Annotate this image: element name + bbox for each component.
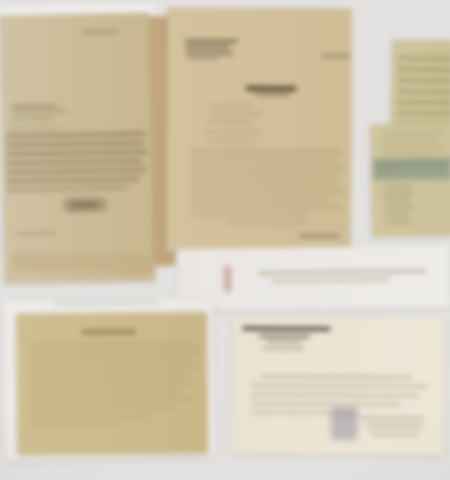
body-text-line bbox=[7, 186, 127, 191]
body-text-line bbox=[6, 159, 142, 165]
document-letter-top-middle bbox=[166, 8, 351, 254]
document-card-bottom-left bbox=[16, 312, 207, 455]
address-line bbox=[11, 117, 53, 120]
photo-scene bbox=[0, 0, 450, 480]
list-line bbox=[385, 186, 411, 189]
body-text-line bbox=[6, 132, 146, 138]
body-text-line bbox=[190, 166, 345, 169]
header-line bbox=[384, 153, 434, 156]
body-text-line bbox=[29, 406, 177, 409]
letterhead-subline bbox=[262, 347, 304, 349]
address-line bbox=[210, 113, 262, 115]
body-text-line bbox=[190, 158, 338, 161]
body-text-line bbox=[29, 342, 197, 346]
document-form-bottom-right bbox=[231, 316, 445, 455]
address-line bbox=[11, 104, 57, 107]
address-line bbox=[203, 131, 261, 133]
body-text-line bbox=[251, 393, 419, 397]
address-line bbox=[10, 126, 62, 129]
list-line bbox=[386, 214, 408, 216]
body-text-line bbox=[251, 384, 427, 388]
text-row-stripe bbox=[397, 89, 450, 95]
document-heading bbox=[82, 330, 136, 334]
address-line bbox=[206, 121, 252, 123]
heading-subline bbox=[255, 93, 289, 96]
body-text-line bbox=[6, 150, 147, 156]
signature-stamp-core bbox=[71, 202, 97, 208]
body-text-line bbox=[6, 168, 146, 174]
footer-line bbox=[15, 232, 55, 235]
letterhead-line bbox=[185, 40, 237, 43]
document-heading bbox=[246, 86, 296, 91]
body-text-line bbox=[190, 198, 330, 201]
document-card-stack-right bbox=[370, 123, 450, 236]
text-row-stripe bbox=[397, 67, 450, 73]
corner-note-line bbox=[82, 30, 118, 33]
handwriting-line bbox=[371, 433, 419, 436]
body-text-line bbox=[29, 366, 199, 370]
red-wax-mark bbox=[224, 265, 231, 292]
body-text-line bbox=[190, 182, 336, 185]
list-line bbox=[384, 207, 412, 210]
body-text-line bbox=[190, 206, 340, 209]
document-letter-top-left bbox=[0, 13, 154, 284]
fold-crease-shading bbox=[12, 253, 156, 274]
body-text-line bbox=[190, 150, 342, 153]
body-text-line bbox=[29, 382, 197, 386]
body-text-line bbox=[227, 222, 307, 225]
body-text-line bbox=[251, 402, 401, 405]
letterhead-line bbox=[185, 52, 233, 55]
body-text-line bbox=[29, 423, 119, 426]
letterhead-subline bbox=[258, 334, 310, 337]
photograph-of-documents bbox=[0, 0, 450, 480]
body-text-line bbox=[29, 398, 195, 402]
body-text-line bbox=[261, 375, 411, 378]
list-line bbox=[383, 193, 413, 196]
body-text-line bbox=[190, 190, 343, 193]
sheet-top-edge-line bbox=[55, 301, 159, 304]
ink-stamp-blob bbox=[331, 407, 358, 440]
text-row-stripe bbox=[397, 111, 450, 117]
body-text-line bbox=[29, 358, 194, 362]
body-text-line bbox=[29, 390, 184, 394]
list-line bbox=[386, 221, 412, 224]
body-text-line bbox=[6, 141, 144, 147]
list-line bbox=[385, 200, 409, 203]
body-text-line bbox=[190, 174, 340, 177]
address-line bbox=[272, 278, 390, 282]
body-text-line bbox=[7, 177, 139, 183]
letterhead-subline bbox=[266, 341, 302, 343]
document-envelope-middle bbox=[178, 245, 450, 311]
date-line bbox=[322, 54, 350, 57]
letterhead-line bbox=[185, 46, 229, 49]
header-line bbox=[383, 132, 443, 135]
text-row-stripe bbox=[397, 78, 450, 84]
text-row-stripe bbox=[397, 100, 450, 106]
address-line bbox=[258, 269, 426, 274]
address-line bbox=[208, 140, 256, 142]
text-row-stripe bbox=[398, 56, 450, 62]
letterhead-main-line bbox=[242, 326, 330, 331]
address-line bbox=[11, 110, 67, 113]
handwriting-line bbox=[367, 425, 423, 428]
handwriting-line bbox=[361, 417, 425, 420]
header-line bbox=[384, 146, 442, 149]
body-text-line bbox=[29, 374, 189, 378]
letterhead-line bbox=[188, 58, 218, 60]
signature-line bbox=[299, 234, 339, 237]
body-text-line bbox=[29, 350, 201, 354]
address-line bbox=[212, 105, 252, 107]
body-text-line bbox=[29, 415, 149, 418]
body-text-line bbox=[190, 214, 308, 217]
header-line bbox=[383, 139, 437, 142]
